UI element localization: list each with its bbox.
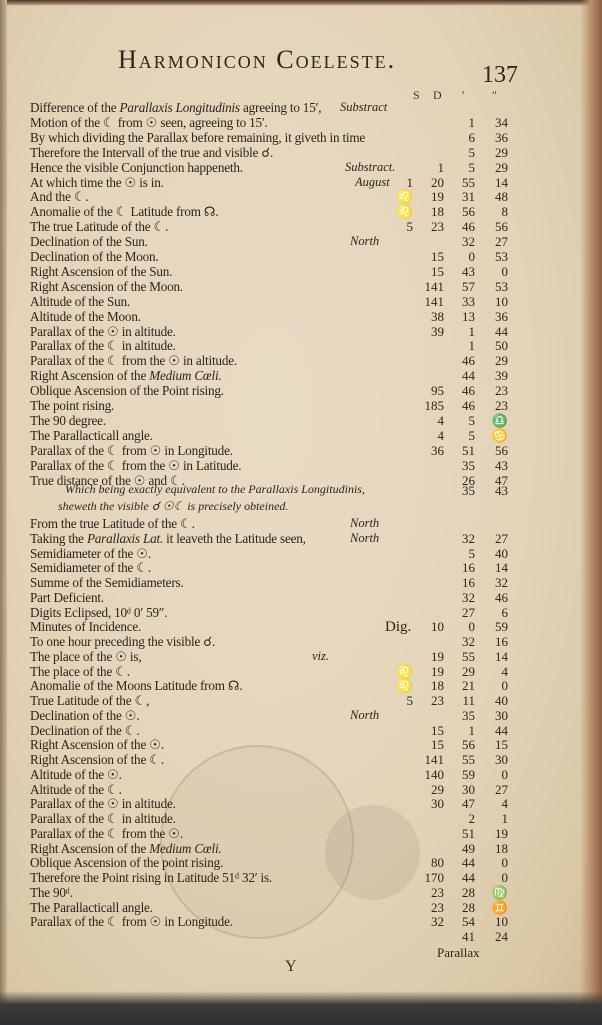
row-label: Right Ascension of the Sun. [30,264,172,280]
minutes-value: 35 [445,708,475,724]
row-label: Anomalie of the Moons Latitude from ☊. [30,678,243,694]
row-note: North [350,234,379,249]
minutes-value: 44 [445,855,475,871]
table-row: Parallax of the ☾ from ☉ in Longitude.32… [0,914,602,930]
degrees-value: 30 [412,796,444,812]
minutes-value: 35 [445,483,475,499]
table-row: Oblique Ascension of the point rising.80… [0,855,602,871]
row-label: The place of the ☉ is, [30,649,141,665]
row-label: Part Deficient. [30,590,104,606]
row-label: The true Latitude of the ☾. [30,219,168,235]
seconds-value: 0 [478,870,508,886]
table-row: Part Deficient.3246 [0,590,602,606]
table-row: Altitude of the Sun.1413310 [0,294,602,310]
minutes-value: 32 [445,634,475,650]
minutes-value: 57 [445,279,475,295]
table-row: Parallax of the ☉ in altitude.30474 [0,796,602,812]
degrees-value: 141 [412,752,444,768]
row-label: Parallax of the ☾ from ☉ in Longitude. [30,914,233,930]
minutes-value: 32 [445,590,475,606]
minutes-value: 1 [445,338,475,354]
minutes-value: 46 [445,353,475,369]
minutes-value: 49 [445,841,475,857]
seconds-value: 30 [478,752,508,768]
seconds-value: 0 [478,264,508,280]
minutes-value: 5 [445,546,475,562]
table-row: Therefore the Intervall of the true and … [0,145,602,161]
row-label: Right Ascension of the ☾. [30,752,164,768]
degrees-value: 23 [412,885,444,901]
table-row: Taking the Parallaxis Lat. it leaveth th… [0,531,602,547]
table-row: By which dividing the Parallax before re… [0,130,602,146]
minutes-value: 41 [445,929,475,945]
minutes-value: 5 [445,428,475,444]
seconds-value: 15 [478,737,508,753]
seconds-value: 29 [478,160,508,176]
minutes-value: 54 [445,914,475,930]
row-label: Declination of the Sun. [30,234,148,250]
row-note: North [350,516,379,531]
row-label: Parallax of the ☾ from the ☉ in altitude… [30,353,237,369]
minutes-value: 32 [445,531,475,547]
row-label: Parallax of the ☾ in altitude. [30,338,176,354]
degrees-value: 32 [412,914,444,930]
seconds-value: 18 [478,841,508,857]
table-row: To one hour preceding the visible ☌.3216 [0,634,602,650]
minutes-value: 5 [445,145,475,161]
degrees-value: 36 [412,443,444,459]
degrees-value: 19 [412,664,444,680]
row-label: Declination of the ☉. [30,708,139,724]
row-label: The 90 degree. [30,413,106,429]
minutes-value: 13 [445,309,475,325]
minutes-value: 56 [445,204,475,220]
seconds-value: 59 [478,619,508,635]
seconds-value: 56 [478,443,508,459]
row-label: Right Ascension of the Medium Cœli. [30,841,222,857]
row-label: Altitude of the Sun. [30,294,130,310]
table-row: The 90ᵈ.2328♍ [0,885,602,901]
row-label: Parallax of the ☾ from the ☉. [30,826,183,842]
seconds-value: 53 [478,249,508,265]
table-row: Declination of the ☉.North3530 [0,708,602,724]
table-row: Right Ascension of the Medium Cœli.4918 [0,841,602,857]
table-row: Right Ascension of the ☾.1415530 [0,752,602,768]
table-row: Declination of the Moon.15053 [0,249,602,265]
seconds-value: 8 [478,204,508,220]
row-label: Motion of the ☾ from ☉ seen, agreeing to… [30,115,268,131]
minutes-value: 5 [445,413,475,429]
row-label: The place of the ☾. [30,664,130,680]
seconds-value: ♎ [478,413,508,429]
seconds-value: 53 [478,279,508,295]
table-row: The Parallacticall angle.45♋ [0,428,602,444]
minutes-value: 16 [445,560,475,576]
minutes-value: 1 [445,324,475,340]
table-row: The place of the ☉ is,viz.195514 [0,649,602,665]
row-label: The Parallacticall angle. [30,428,153,444]
table-row: The true Latitude of the ☾.5234656 [0,219,602,235]
minutes-value: 44 [445,368,475,384]
page-top-edge [0,0,602,6]
running-head: Harmonicon Coeleste. [118,45,396,75]
row-label: Altitude of the Moon. [30,309,141,325]
row-label: From the true Latitude of the ☾. [30,516,195,532]
minutes-value: 35 [445,458,475,474]
row-label: Altitude of the ☉. [30,767,122,783]
degrees-value: 15 [412,264,444,280]
row-label: Altitude of the ☾. [30,782,122,798]
row-label: To one hour preceding the visible ☌. [30,634,215,650]
table-row: Parallax of the ☉ in altitude.39144 [0,324,602,340]
table-row: True Latitude of the ☾,5231140 [0,693,602,709]
table-row: Right Ascension of the Moon.1415753 [0,279,602,295]
signature-mark: Y [285,958,297,976]
table-row: Altitude of the ☾.293027 [0,782,602,798]
row-label: Therefore the Point rising in Latitude 5… [30,870,272,886]
table-row: Minutes of Incidence.Dig.10059 [0,619,602,635]
table-row: Parallax of the ☾ from ☉ in Longitude.36… [0,443,602,459]
minutes-value: 28 [445,885,475,901]
minutes-value: 30 [445,782,475,798]
minutes-value: 5 [445,160,475,176]
degrees-value: 39 [412,324,444,340]
degrees-value: 170 [412,870,444,886]
seconds-value: ♋ [478,428,508,444]
degrees-value: 141 [412,279,444,295]
seconds-value: ♊ [478,900,508,916]
row-note: North [350,708,379,723]
table-row: Right Ascension of the ☉.155615 [0,737,602,753]
table-row: Parallax of the ☾ from the ☉.5119 [0,826,602,842]
seconds-value: 39 [478,368,508,384]
seconds-value: 6 [478,605,508,621]
minutes-value: 6 [445,130,475,146]
seconds-value: 14 [478,649,508,665]
table-row: Semidiameter of the ☉.540 [0,546,602,562]
minutes-value: 1 [445,115,475,131]
row-label: Minutes of Incidence. [30,619,141,635]
minutes-value: 31 [445,189,475,205]
book-page: Harmonicon Coeleste. 137 S D ′ ″ Differe… [0,0,602,1025]
seconds-value: 56 [478,219,508,235]
table-row: The point rising.1854623 [0,398,602,414]
seconds-value: 4 [478,796,508,812]
degrees-value: 15 [412,249,444,265]
table-row: Parallax of the ☾ from the ☉ in altitude… [0,353,602,369]
seconds-value: 43 [478,483,508,499]
table-row: The 90 degree.45♎ [0,413,602,429]
seconds-value: 40 [478,693,508,709]
minutes-value: 46 [445,398,475,414]
row-label: Anomalie of the ☾ Latitude from ☊. [30,204,219,220]
seconds-value: 23 [478,398,508,414]
degrees-value: 19 [412,189,444,205]
degrees-value: 185 [412,398,444,414]
minutes-value: 21 [445,678,475,694]
table-row: Parallax of the ☾ from the ☉ in Latitude… [0,458,602,474]
minutes-value: 27 [445,605,475,621]
row-note: viz. [312,649,329,664]
table-row: 4124 [0,929,602,945]
table-row: Right Ascension of the Sun.15430 [0,264,602,280]
minutes-value: 43 [445,264,475,280]
row-label: Parallax of the ☾ from the ☉ in Latitude… [30,458,241,474]
table-row: Altitude of the Moon.381336 [0,309,602,325]
row-label: Right Ascension of the Moon. [30,279,183,295]
minutes-value: 2 [445,811,475,827]
seconds-value: 44 [478,723,508,739]
seconds-value: ♍ [478,885,508,901]
table-row: Parallax of the ☾ in altitude.21 [0,811,602,827]
signs-value: 1 [385,175,413,191]
minutes-value: 11 [445,693,475,709]
table-row: And the ☾.♌193148 [0,189,602,205]
page-number: 137 [482,62,518,89]
seconds-value: 29 [478,353,508,369]
seconds-value: 14 [478,560,508,576]
seconds-value: 16 [478,634,508,650]
seconds-value: 32 [478,575,508,591]
table-row: Right Ascension of the Medium Cœli.4439 [0,368,602,384]
row-label: And the ☾. [30,189,89,205]
row-label: The 90ᵈ. [30,885,73,901]
table-row: Therefore the Point rising in Latitude 5… [0,870,602,886]
minutes-value: 51 [445,826,475,842]
degrees-value: 10 [412,619,444,635]
seconds-value: 10 [478,914,508,930]
degrees-value: 141 [412,294,444,310]
row-label: Oblique Ascension of the point rising. [30,855,223,871]
seconds-value: 40 [478,546,508,562]
seconds-value: 14 [478,175,508,191]
minutes-value: 29 [445,664,475,680]
row-label: True Latitude of the ☾, [30,693,149,709]
minutes-value: 44 [445,870,475,886]
row-label: Parallax of the ☾ from ☉ in Longitude. [30,443,233,459]
row-label: Semidiameter of the ☉. [30,546,151,562]
row-label: The point rising. [30,398,114,414]
minutes-value: 33 [445,294,475,310]
seconds-value: 43 [478,458,508,474]
row-note: North [350,531,379,546]
row-label: Parallax of the ☉ in altitude. [30,324,176,340]
minutes-value: 55 [445,175,475,191]
table-row: Difference of the Parallaxis Longitudini… [0,100,602,116]
degrees-value: 15 [412,723,444,739]
row-label: The Parallacticall angle. [30,900,153,916]
seconds-value: 19 [478,826,508,842]
degrees-value: 15 [412,737,444,753]
seconds-value: 36 [478,309,508,325]
row-note: Substract [340,100,387,115]
table-row: The Parallacticall angle.2328♊ [0,900,602,916]
seconds-value: 4 [478,664,508,680]
minutes-value: 56 [445,737,475,753]
seconds-value: 0 [478,855,508,871]
equivalence-values: 35 43 [0,483,602,499]
row-label: Summe of the Semidiameters. [30,575,184,591]
column-footer-parallax: Parallax [437,945,480,961]
table-row: Summe of the Semidiameters.1632 [0,575,602,591]
minutes-value: 46 [445,383,475,399]
degrees-value: 19 [412,649,444,665]
seconds-value: 36 [478,130,508,146]
row-label: Semidiameter of the ☾. [30,560,151,576]
seconds-value: 23 [478,383,508,399]
table-row: At which time the ☉ is in.August1205514 [0,175,602,191]
degrees-value: 23 [412,900,444,916]
seconds-value: 44 [478,324,508,340]
minutes-value: 0 [445,249,475,265]
seconds-value: 48 [478,189,508,205]
minutes-value: 59 [445,767,475,783]
degrees-value: 38 [412,309,444,325]
seconds-value: 50 [478,338,508,354]
signs-value: ♌ [385,664,413,680]
minutes-value: 47 [445,796,475,812]
table-row: Parallax of the ☾ in altitude.150 [0,338,602,354]
row-label: Declination of the Moon. [30,249,159,265]
table-row: Declination of the Sun.North3227 [0,234,602,250]
degrees-value: 80 [412,855,444,871]
table-row: Hence the visible Conjunction happeneth.… [0,160,602,176]
equivalence-line-2: sheweth the visible ☌ ☉☾ is precisely ob… [58,499,288,514]
minutes-value: 55 [445,649,475,665]
row-label: Declination of the ☾. [30,723,139,739]
table-row: The place of the ☾.♌19294 [0,664,602,680]
degrees-value: 4 [412,413,444,429]
seconds-value: 24 [478,929,508,945]
degrees-value: 29 [412,782,444,798]
row-label: Right Ascension of the Medium Cœli. [30,368,222,384]
degrees-value: 140 [412,767,444,783]
degrees-value: 18 [412,678,444,694]
minutes-value: 16 [445,575,475,591]
row-label: Taking the Parallaxis Lat. it leaveth th… [30,531,306,547]
seconds-value: 1 [478,811,508,827]
minutes-value: 1 [445,723,475,739]
signs-value: ♌ [385,678,413,694]
signs-value: ♌ [385,204,413,220]
minutes-value: 46 [445,219,475,235]
table-row: Oblique Ascension of the Point rising.95… [0,383,602,399]
minutes-value: 0 [445,619,475,635]
row-label: Parallax of the ☾ in altitude. [30,811,176,827]
row-label: By which dividing the Parallax before re… [30,130,365,146]
seconds-value: 29 [478,145,508,161]
row-label: Difference of the Parallaxis Longitudini… [30,100,321,116]
degrees-value: 18 [412,204,444,220]
degrees-value: 23 [412,693,444,709]
table-row: Anomalie of the ☾ Latitude from ☊.♌18568 [0,204,602,220]
degrees-value: 4 [412,428,444,444]
seconds-value: 27 [478,234,508,250]
table-row: From the true Latitude of the ☾.North [0,516,602,532]
seconds-value: 27 [478,782,508,798]
signs-value: 5 [385,693,413,709]
degrees-value: 20 [412,175,444,191]
degrees-value: 95 [412,383,444,399]
seconds-value: 34 [478,115,508,131]
table-row: Semidiameter of the ☾.1614 [0,560,602,576]
table-row: Altitude of the ☉.140590 [0,767,602,783]
seconds-value: 30 [478,708,508,724]
degrees-value: 1 [412,160,444,176]
minutes-value: 55 [445,752,475,768]
degrees-value: 23 [412,219,444,235]
row-label: Hence the visible Conjunction happeneth. [30,160,243,176]
signs-value: 5 [385,219,413,235]
row-label: Therefore the Intervall of the true and … [30,145,273,161]
table-row: Digits Eclipsed, 10ᵈ 0′ 59″.276 [0,605,602,621]
row-label: Right Ascension of the ☉. [30,737,164,753]
row-label: Digits Eclipsed, 10ᵈ 0′ 59″. [30,605,167,621]
minutes-value: 28 [445,900,475,916]
row-label: At which time the ☉ is in. [30,175,164,191]
minutes-value: 32 [445,234,475,250]
table-row: Motion of the ☾ from ☉ seen, agreeing to… [0,115,602,131]
seconds-value: 0 [478,678,508,694]
seconds-value: 27 [478,531,508,547]
seconds-value: 0 [478,767,508,783]
signs-value: ♌ [385,189,413,205]
row-label: Parallax of the ☉ in altitude. [30,796,176,812]
row-label: Oblique Ascension of the Point rising. [30,383,224,399]
minutes-value: 51 [445,443,475,459]
page-bottom-edge [0,991,602,1025]
seconds-value: 10 [478,294,508,310]
seconds-value: 46 [478,590,508,606]
table-row: Declination of the ☾.15144 [0,723,602,739]
table-row: Anomalie of the Moons Latitude from ☊.♌1… [0,678,602,694]
row-note: Substract. [345,160,395,175]
